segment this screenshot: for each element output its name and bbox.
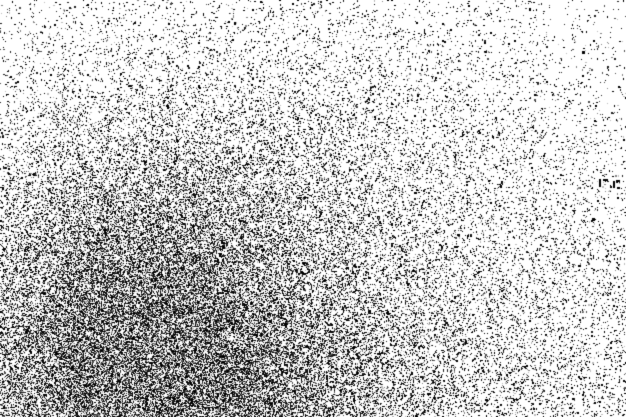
grunge-noise-canvas: [0, 0, 626, 417]
grunge-texture-image: [0, 0, 626, 417]
